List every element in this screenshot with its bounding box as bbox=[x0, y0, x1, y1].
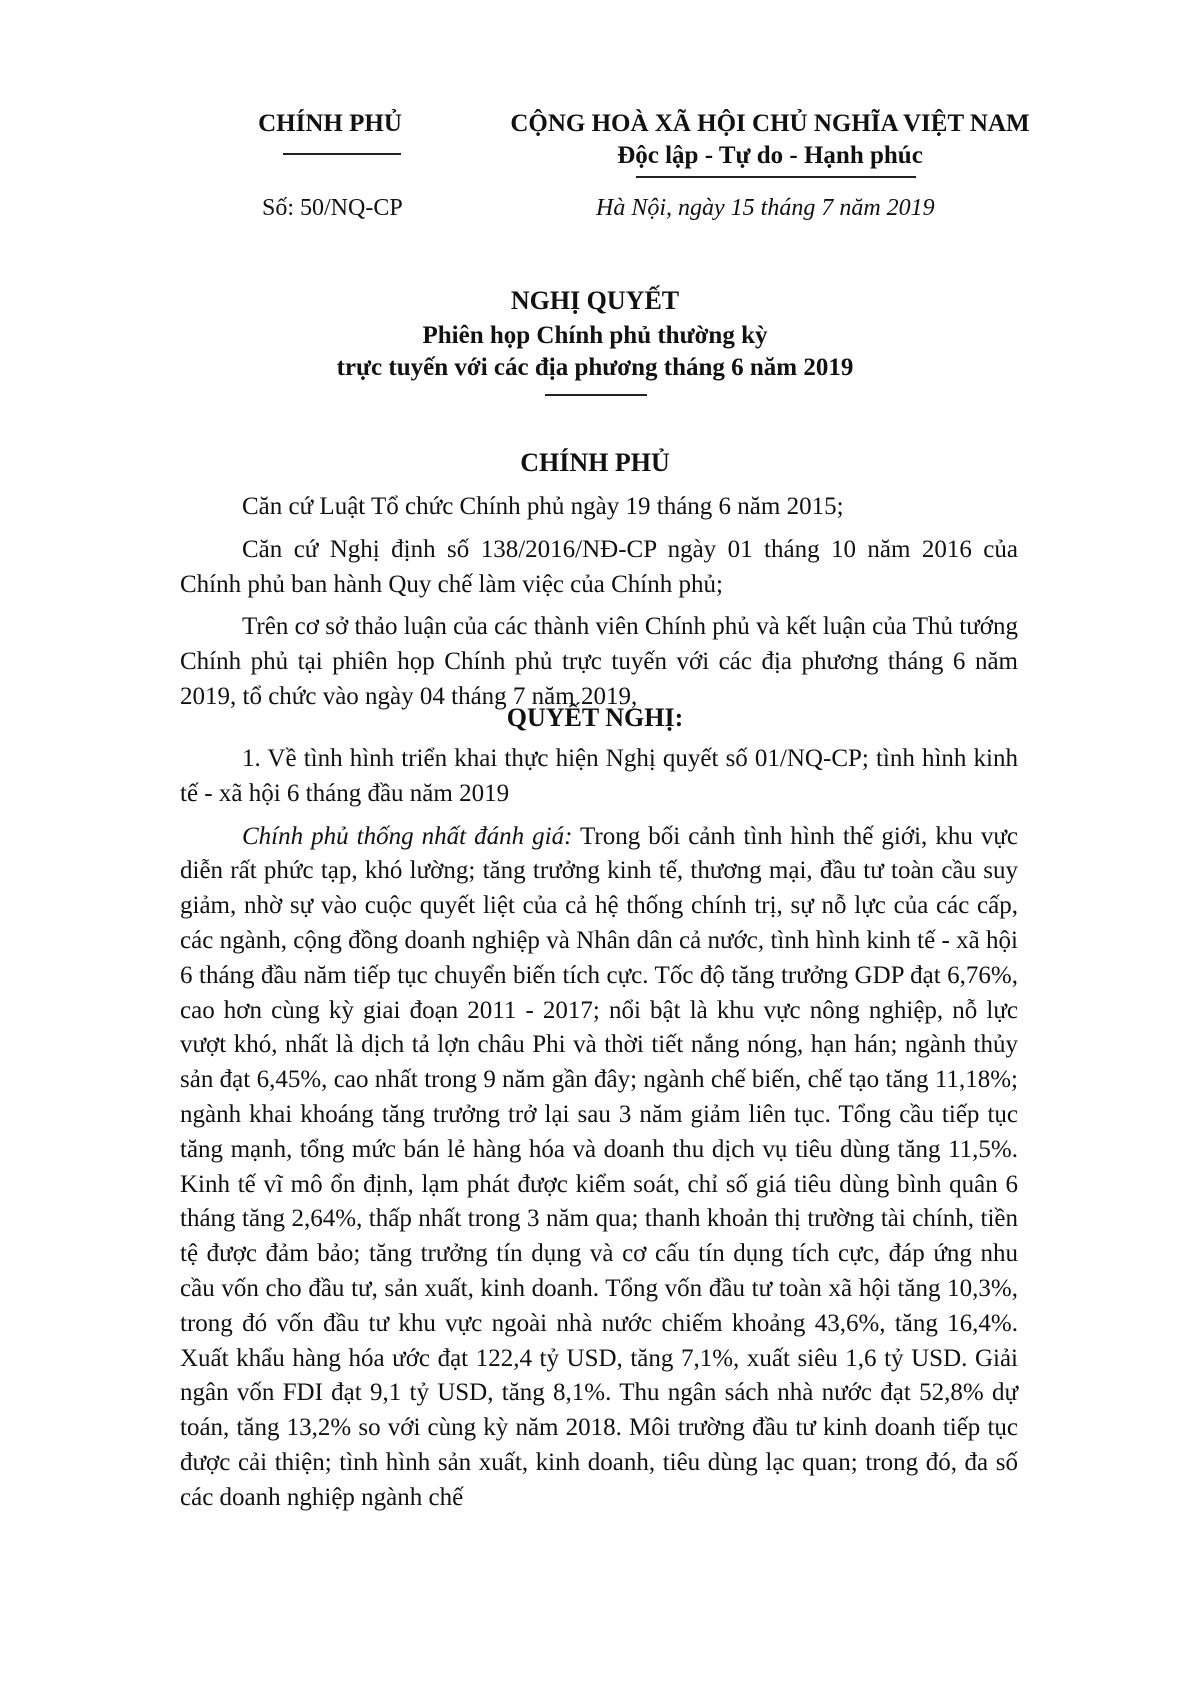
legal-basis-decree: Căn cứ Nghị định số 138/2016/NĐ-CP ngày … bbox=[180, 533, 1018, 603]
legal-basis-discussion: Trên cơ sở thảo luận của các thành viên … bbox=[180, 610, 1018, 714]
document-type: NGHỊ QUYẾT bbox=[200, 286, 990, 316]
authority-heading: CHÍNH PHỦ bbox=[200, 448, 990, 478]
issuer-underline bbox=[283, 153, 401, 155]
place-and-date: Hà Nội, ngày 15 tháng 7 năm 2019 bbox=[596, 195, 935, 222]
section-1-heading: 1. Về tình hình triển khai thực hiện Ngh… bbox=[180, 742, 1018, 812]
section-1-lead: Chính phủ thống nhất đánh giá: bbox=[242, 823, 572, 850]
national-motto: Độc lập - Tự do - Hạnh phúc bbox=[480, 142, 1060, 170]
legal-basis-law: Căn cứ Luật Tổ chức Chính phủ ngày 19 th… bbox=[180, 490, 1018, 525]
section-1: 1. Về tình hình triển khai thực hiện Ngh… bbox=[180, 742, 1018, 1516]
document-number: Số: 50/NQ-CP bbox=[262, 195, 403, 222]
title-underline bbox=[545, 394, 647, 396]
document-subtitle-line2: trực tuyến với các địa phương tháng 6 nă… bbox=[200, 354, 990, 382]
preamble: Căn cứ Luật Tổ chức Chính phủ ngày 19 th… bbox=[180, 490, 1018, 715]
country-name: CỘNG HOÀ XÃ HỘI CHỦ NGHĨA VIỆT NAM bbox=[480, 110, 1060, 138]
decision-heading: QUYẾT NGHỊ: bbox=[200, 703, 990, 733]
national-heading: CỘNG HOÀ XÃ HỘI CHỦ NGHĨA VIỆT NAM Độc l… bbox=[480, 110, 1060, 170]
motto-underline bbox=[636, 176, 916, 178]
issuer-block: CHÍNH PHỦ bbox=[240, 110, 420, 138]
document-subtitle-line1: Phiên họp Chính phủ thường kỳ bbox=[200, 322, 990, 350]
section-1-text: Trong bối cảnh tình hình thế giới, khu v… bbox=[180, 823, 1018, 1511]
issuer-name: CHÍNH PHỦ bbox=[240, 110, 420, 138]
section-1-body: Chính phủ thống nhất đánh giá: Trong bối… bbox=[180, 820, 1018, 1516]
